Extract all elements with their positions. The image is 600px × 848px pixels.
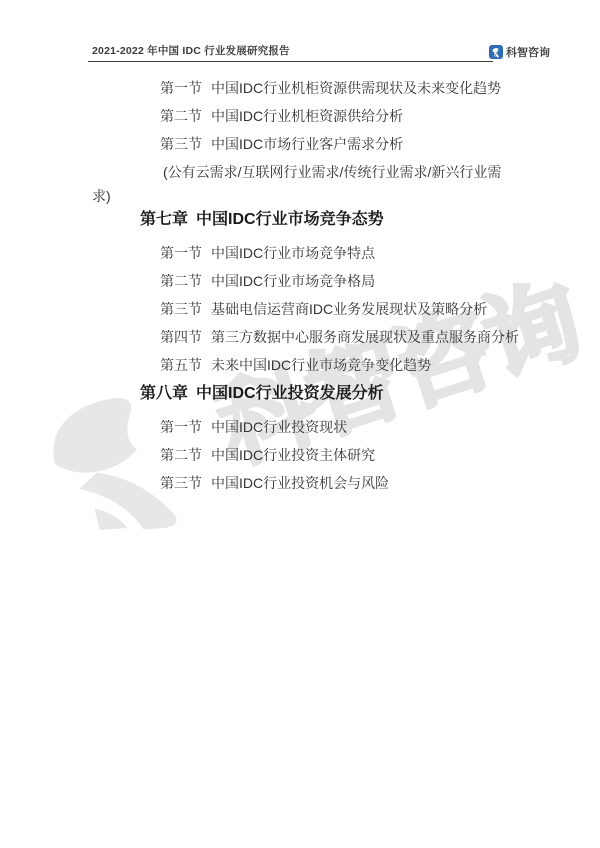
toc-line-text: 中国IDC行业市场竞争特点	[211, 245, 375, 261]
brand-name: 科智咨询	[506, 44, 550, 60]
toc-line-label: 第三节	[160, 136, 202, 152]
toc-line-label: 第二节	[160, 447, 202, 463]
toc-line-label: 第八章	[140, 385, 188, 402]
toc-line: 第七章中国IDC行业市场竞争态势	[92, 211, 540, 229]
toc-line: 第一节中国IDC行业投资现状	[92, 419, 540, 435]
toc-line-label: 第三节	[160, 301, 202, 317]
toc: 第一节中国IDC行业机柜资源供需现状及未来变化趋势第二节中国IDC行业机柜资源供…	[92, 80, 540, 503]
toc-line-text: 中国IDC行业市场竞争格局	[211, 273, 375, 289]
page-header: 2021-2022 年中国 IDC 行业发展研究报告 科智咨询	[88, 40, 550, 64]
report-page: 科智咨询 2021-2022 年中国 IDC 行业发展研究报告 科智咨询 第一节…	[0, 0, 600, 848]
toc-line-text: 中国IDC行业投资机会与风险	[211, 475, 389, 491]
toc-line: 第一节中国IDC行业市场竞争特点	[92, 245, 540, 261]
toc-line: 第二节中国IDC行业机柜资源供给分析	[92, 108, 540, 124]
toc-line: 第二节中国IDC行业市场竞争格局	[92, 273, 540, 289]
toc-line: (公有云需求/互联网行业需求/传统行业需求/新兴行业需	[92, 164, 540, 180]
toc-line: 第四节第三方数据中心服务商发展现状及重点服务商分析	[92, 329, 540, 345]
toc-line: 第五节未来中国IDC行业市场竞争变化趋势	[92, 357, 540, 373]
brand-logo: 科智咨询	[489, 44, 550, 60]
toc-line: 第一节中国IDC行业机柜资源供需现状及未来变化趋势	[92, 80, 540, 96]
toc-line-label: 第三节	[160, 475, 202, 491]
toc-line-label: 第一节	[160, 245, 202, 261]
toc-line-text: 中国IDC行业投资主体研究	[211, 447, 375, 463]
toc-line-text: 中国IDC行业机柜资源供给分析	[211, 108, 403, 124]
toc-line-text: 求)	[92, 188, 111, 204]
toc-line-text: 未来中国IDC行业市场竞争变化趋势	[211, 357, 431, 373]
brand-glyph-icon	[489, 45, 503, 59]
toc-line-text: 中国IDC行业市场竞争态势	[196, 211, 384, 228]
toc-line: 第三节基础电信运营商IDC业务发展现状及策略分析	[92, 301, 540, 317]
toc-line-label: 第四节	[160, 329, 202, 345]
toc-line-label: 第二节	[160, 273, 202, 289]
toc-line-text: 中国IDC行业机柜资源供需现状及未来变化趋势	[211, 80, 501, 96]
toc-line-text: 第三方数据中心服务商发展现状及重点服务商分析	[211, 329, 519, 345]
toc-line: 第三节中国IDC市场行业客户需求分析	[92, 136, 540, 152]
report-title: 2021-2022 年中国 IDC 行业发展研究报告	[92, 43, 290, 58]
toc-line-label: 第一节	[160, 80, 202, 96]
toc-line-text: (公有云需求/互联网行业需求/传统行业需求/新兴行业需	[163, 164, 501, 180]
toc-line: 第八章中国IDC行业投资发展分析	[92, 385, 540, 403]
toc-line-label: 第七章	[140, 211, 188, 228]
toc-line-text: 中国IDC市场行业客户需求分析	[211, 136, 403, 152]
toc-line-label: 第一节	[160, 419, 202, 435]
toc-line-label: 第五节	[160, 357, 202, 373]
toc-line: 第三节中国IDC行业投资机会与风险	[92, 475, 540, 491]
toc-line-text: 中国IDC行业投资现状	[211, 419, 347, 435]
header-rule	[88, 61, 493, 62]
toc-line: 第二节中国IDC行业投资主体研究	[92, 447, 540, 463]
toc-line: 求)	[92, 188, 540, 204]
toc-line-text: 中国IDC行业投资发展分析	[196, 385, 384, 402]
toc-line-label: 第二节	[160, 108, 202, 124]
toc-line-text: 基础电信运营商IDC业务发展现状及策略分析	[211, 301, 487, 317]
